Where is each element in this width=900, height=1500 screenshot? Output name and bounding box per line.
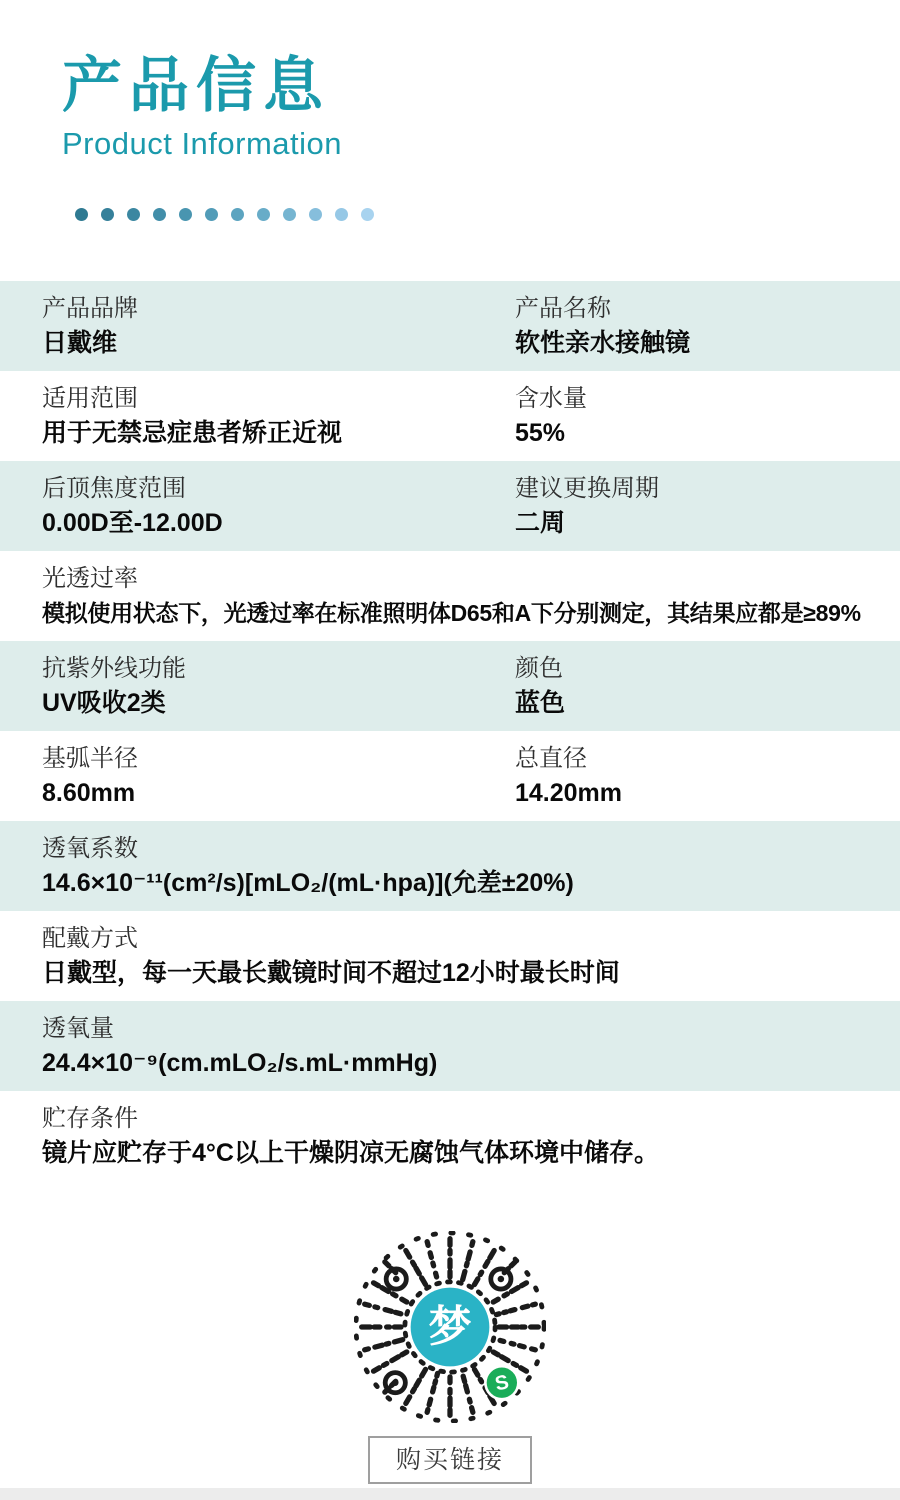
spec-cell: 后顶焦度范围 0.00D至-12.00D — [42, 474, 515, 551]
field-value: 日戴型，每一天最长戴镜时间不超过12小时最长时间 — [42, 956, 888, 990]
field-value: 模拟使用状态下，光透过率在标准照明体D65和A下分别测定，其结果应都是≥89% — [42, 596, 888, 630]
info-row-storage: 贮存条件 镜片应贮存于4°C以上干燥阴凉无腐蚀气体环境中储存。 — [0, 1091, 900, 1181]
spec-cell: 贮存条件 镜片应贮存于4°C以上干燥阴凉无腐蚀气体环境中储存。 — [42, 1104, 888, 1181]
field-label: 光透过率 — [42, 564, 888, 594]
spec-table: 产品品牌 日戴维 产品名称 软性亲水接触镜 适用范围 用于无禁忌症患者矫正近视 … — [0, 281, 900, 1181]
brand-logo-glyph: 梦 — [428, 1303, 471, 1351]
dot — [309, 208, 322, 221]
spec-cell: 透氧量 24.4×10⁻⁹(cm.mLO₂/s.mL·mmHg) — [42, 1014, 888, 1091]
spec-cell: 基弧半径 8.60mm — [42, 744, 515, 821]
spec-cell: 配戴方式 日戴型，每一天最长戴镜时间不超过12小时最长时间 — [42, 924, 888, 1001]
dots-row — [75, 208, 900, 221]
field-label: 贮存条件 — [42, 1104, 888, 1134]
page-title-chinese: 产品信息 — [62, 54, 900, 118]
info-row-light-transmittance: 光透过率 模拟使用状态下，光透过率在标准照明体D65和A下分别测定，其结果应都是… — [0, 551, 900, 641]
field-value: 8.60mm — [42, 776, 515, 810]
field-value: 24.4×10⁻⁹(cm.mLO₂/s.mL·mmHg) — [42, 1046, 888, 1080]
spec-cell: 产品品牌 日戴维 — [42, 294, 515, 371]
field-label: 配戴方式 — [42, 924, 888, 954]
spec-cell: 产品名称 软性亲水接触镜 — [515, 294, 888, 371]
spec-cell: 总直径 14.20mm — [515, 744, 888, 821]
info-row-oxygen-coefficient: 透氧系数 14.6×10⁻¹¹(cm²/s)[mLO₂/(mL·hpa)](允差… — [0, 821, 900, 911]
page-title-english: Product Information — [62, 126, 900, 162]
field-value: 软性亲水接触镜 — [515, 326, 888, 360]
dot — [179, 208, 192, 221]
spec-cell: 透氧系数 14.6×10⁻¹¹(cm²/s)[mLO₂/(mL·hpa)](允差… — [42, 834, 888, 911]
info-row-uv-color: 抗紫外线功能 UV吸收2类 颜色 蓝色 — [0, 641, 900, 731]
field-value: 蓝色 — [515, 686, 888, 720]
buy-link-button[interactable]: 购买链接 — [368, 1436, 532, 1484]
spec-cell: 适用范围 用于无禁忌症患者矫正近视 — [42, 384, 515, 461]
field-label: 建议更换周期 — [515, 474, 888, 504]
info-row-scope-water: 适用范围 用于无禁忌症患者矫正近视 含水量 55% — [0, 371, 900, 461]
info-row-brand-name: 产品品牌 日戴维 产品名称 软性亲水接触镜 — [0, 281, 900, 371]
info-row-power-cycle: 后顶焦度范围 0.00D至-12.00D 建议更换周期 二周 — [0, 461, 900, 551]
field-value: 55% — [515, 416, 888, 450]
info-row-wear-mode: 配戴方式 日戴型，每一天最长戴镜时间不超过12小时最长时间 — [0, 911, 900, 1001]
field-label: 基弧半径 — [42, 744, 515, 774]
dot — [257, 208, 270, 221]
dot — [75, 208, 88, 221]
dot — [335, 208, 348, 221]
dot — [205, 208, 218, 221]
footer-strip — [0, 1488, 900, 1500]
field-value: 14.20mm — [515, 776, 888, 810]
field-value: 用于无禁忌症患者矫正近视 — [42, 416, 515, 450]
spec-cell: 含水量 55% — [515, 384, 888, 461]
field-value: 14.6×10⁻¹¹(cm²/s)[mLO₂/(mL·hpa)](允差±20%) — [42, 866, 888, 900]
page-header: 产品信息 Product Information — [0, 0, 900, 162]
dot — [101, 208, 114, 221]
field-value: 二周 — [515, 506, 888, 540]
spec-cell: 建议更换周期 二周 — [515, 474, 888, 551]
field-label: 颜色 — [515, 654, 888, 684]
dot — [127, 208, 140, 221]
field-label: 透氧量 — [42, 1014, 888, 1044]
mini-program-qr-code-icon: 梦 S — [354, 1231, 546, 1423]
qr-locator-ring — [385, 1373, 405, 1393]
spec-cell: 颜色 蓝色 — [515, 654, 888, 731]
field-value: 日戴维 — [42, 326, 515, 360]
field-label: 后顶焦度范围 — [42, 474, 515, 504]
field-label: 产品品牌 — [42, 294, 515, 324]
dot — [153, 208, 166, 221]
field-label: 总直径 — [515, 744, 888, 774]
dot — [231, 208, 244, 221]
field-value: 0.00D至-12.00D — [42, 506, 515, 540]
info-row-base-curve-diameter: 基弧半径 8.60mm 总直径 14.20mm — [0, 731, 900, 821]
field-value: UV吸收2类 — [42, 686, 515, 720]
spec-cell: 抗紫外线功能 UV吸收2类 — [42, 654, 515, 731]
field-label: 含水量 — [515, 384, 888, 414]
qr-locator-ring — [491, 1269, 511, 1289]
qr-section: 梦 S 购买链接 — [0, 1231, 900, 1484]
field-label: 透氧系数 — [42, 834, 888, 864]
dot — [283, 208, 296, 221]
field-label: 产品名称 — [515, 294, 888, 324]
spec-cell: 光透过率 模拟使用状态下，光透过率在标准照明体D65和A下分别测定，其结果应都是… — [42, 564, 888, 641]
mini-program-badge-icon: S — [484, 1365, 520, 1401]
field-label: 抗紫外线功能 — [42, 654, 515, 684]
field-value: 镜片应贮存于4°C以上干燥阴凉无腐蚀气体环境中储存。 — [42, 1136, 888, 1170]
dot — [361, 208, 374, 221]
field-label: 适用范围 — [42, 384, 515, 414]
info-row-oxygen-flux: 透氧量 24.4×10⁻⁹(cm.mLO₂/s.mL·mmHg) — [0, 1001, 900, 1091]
